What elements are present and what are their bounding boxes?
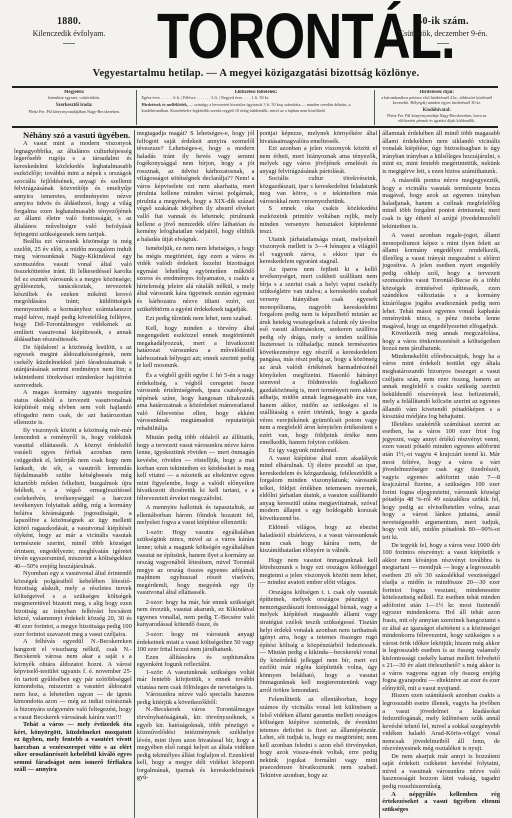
column-4: államnak érdekében áll minél több magasa… xyxy=(380,130,502,818)
divider xyxy=(63,43,75,44)
ad-price-text: a háromhasábos petitsor első hirdetésnél… xyxy=(379,95,494,105)
paragraph: államnak érdekében áll minél több magasa… xyxy=(382,130,500,175)
paragraph: Nyomban egy a vasutvonal által érintendő… xyxy=(14,570,132,638)
paragraph: De nem akarjuk már annyi is hozzáteni sa… xyxy=(382,753,500,791)
paragraph: A magas kormány ugyanis megszűnt status … xyxy=(14,389,132,427)
paragraph: megtagadja magát? S lehetséges-e, hogy j… xyxy=(137,130,255,243)
paragraph: S ennek oka csakis közlekedési eszközein… xyxy=(260,205,378,235)
masthead: 1880. Kilenczedik évfolyam. TORONTÁL. 50… xyxy=(0,0,512,85)
paragraph: Ezen állításokra és sophismákra egyenkén… xyxy=(137,654,255,669)
paragraph: A második pontra nézve megjegyezzük, hog… xyxy=(382,177,500,230)
paragraph: 1-ször: Hogy vasutra egyáltalában szüksé… xyxy=(137,529,255,597)
editorial-text: Pleitz Fer. Pál könyvnyomdájában Nagy-Be… xyxy=(16,109,132,114)
subscription-info-bar: Megjelen: hetenkint egyszer, csütörtökön… xyxy=(12,90,498,125)
article-headline: Néhány szó a vasuti ügyében. xyxy=(14,130,132,140)
paragraph: Ezt pedig tűrnünk nem lehet, nem szabad. xyxy=(137,315,255,323)
paragraph: Mindenekelőtt előrebocsátjuk, hogy ha a … xyxy=(382,353,500,421)
top-rule xyxy=(12,86,498,88)
office-text: Pleitz Fer. Pál könyvnyomdája Nagy-Becsk… xyxy=(379,113,494,123)
paragraph: A vasut mint a modern viszonyok legnagyo… xyxy=(14,140,132,238)
paragraph: De fájdalom! a közönség lesülött, s az e… xyxy=(14,344,132,389)
paragraph: Eldöntő világos, hogy az ebezist haladás… xyxy=(260,524,378,554)
paragraph: Városunkra nézve való specialis hasznos … xyxy=(137,691,255,706)
article-columns: Néhány szó a vasuti ügyében. A vasut min… xyxy=(12,130,502,818)
paragraph: A vasut azonban regale-jogot, állami mon… xyxy=(382,232,500,330)
masthead-right: 50-ik szám. Csütörtök, deczember 9-én. xyxy=(384,16,502,44)
newspaper-page: 1880. Kilenczedik évfolyam. TORONTÁL. 50… xyxy=(0,0,512,818)
paragraph: A vasut kiépítése által ezen akadályok m… xyxy=(260,455,378,523)
paragraph: Miután pedig több oldalról az állíttatik… xyxy=(137,434,255,502)
paragraph: Tehát a város — mely évtizedek óta kért,… xyxy=(14,721,132,774)
column-3: pontjai képezze, melynek környékére álta… xyxy=(258,130,381,818)
paragraph: Az iparos nem fejtheti ki a kellő tevéke… xyxy=(260,266,378,447)
paragraph: 1-ször: A vasutunknak szükséges voltát m… xyxy=(137,669,255,692)
paragraph: pontjai képezze, melynek környékére álta… xyxy=(260,130,378,145)
column-2: megtagadja magát? S lehetséges-e, hogy j… xyxy=(135,130,258,818)
paragraph: N.-Becskerek város Torontálmegye törvény… xyxy=(137,706,255,781)
paragraph: Ez így vagyunk mindennel. xyxy=(260,447,378,455)
issue-number: 50-ik szám. xyxy=(384,16,502,27)
paragraph: De tegyük fel, hogy a város vesz 1000 dr… xyxy=(382,542,500,693)
paragraph: A mennyire hallottuk és tapasztaltuk, az… xyxy=(137,504,255,527)
newspaper-title: TORONTÁL. xyxy=(157,4,358,68)
paragraph: Utaink járhatatlansága miatt, melyeknél … xyxy=(260,236,378,266)
paragraph: Hiszen ezen számítások azonban csakis a … xyxy=(382,692,500,752)
divider xyxy=(437,43,449,44)
subscription-rates: Egész évre . . . . . . 6 ft. | Félévre .… xyxy=(141,95,370,100)
paragraph: 3-szor: hogy mi városunk anyagi érdekein… xyxy=(137,631,255,654)
column-1: Néhány szó a vasuti ügyében. A vasut min… xyxy=(12,130,135,818)
paragraph: Következik még annak megczáfolása, hogy … xyxy=(382,330,500,353)
infobar-bottom-rule xyxy=(12,126,498,128)
paragraph: Ily viszonyok között a közönség mér-mér … xyxy=(14,427,132,570)
paragraph: A népgyűlés kellemben rég értekezéseket … xyxy=(382,791,500,814)
paragraph: Ismételjük, ez nem nem lehetséges, s hog… xyxy=(137,245,255,313)
subscription-terms: Előfizetési föltételek: Egész évre . . .… xyxy=(137,90,375,125)
issue-date: Csütörtök, deczember 9-én. xyxy=(384,29,502,38)
paragraph: Hogy nem vasutot önmagunknak kell létreh… xyxy=(260,557,378,587)
paragraph: Sociális cultur törekvéseink, közgazdász… xyxy=(260,175,378,205)
volume: Kilenczedik évfolyam. xyxy=(14,29,124,38)
paragraph: A felhívás egyedül N.-Becskereken hangzo… xyxy=(14,638,132,721)
paragraph: Kell, hogy minden a törvény által megeng… xyxy=(137,325,255,370)
publishing-info: Megjelen: hetenkint egyszer, csütörtökön… xyxy=(12,90,137,125)
ad-office-info: Hirdetések díjai: a háromhasábos petitso… xyxy=(375,90,498,125)
tagline: Vegyestartalmu hetilap. — A megyei közig… xyxy=(0,68,512,79)
paragraph: 2-szor: hogy ha már, bár ennek szükségét… xyxy=(137,599,255,629)
paragraph: Ezt azonban a jelen viszonyok között el … xyxy=(260,145,378,175)
masthead-left: 1880. Kilenczedik évfolyam. xyxy=(14,16,124,44)
paragraph: Országos költségen t. i. csak oly vasuta… xyxy=(260,589,378,695)
paragraph: Beállta ezt városunk közönsége is még ez… xyxy=(14,238,132,344)
publishing-text: hetenkint egyszer, csütörtökön. xyxy=(16,95,132,100)
year: 1880. xyxy=(14,16,124,27)
paragraph: Felemlíttetik az ellentáborban, hogy szá… xyxy=(260,696,378,779)
paragraph: És a végből gyűlt egybe f. hó 5-én a nag… xyxy=(137,372,255,432)
paragraph: Illetékes szakértők számításai szerint a… xyxy=(382,421,500,542)
